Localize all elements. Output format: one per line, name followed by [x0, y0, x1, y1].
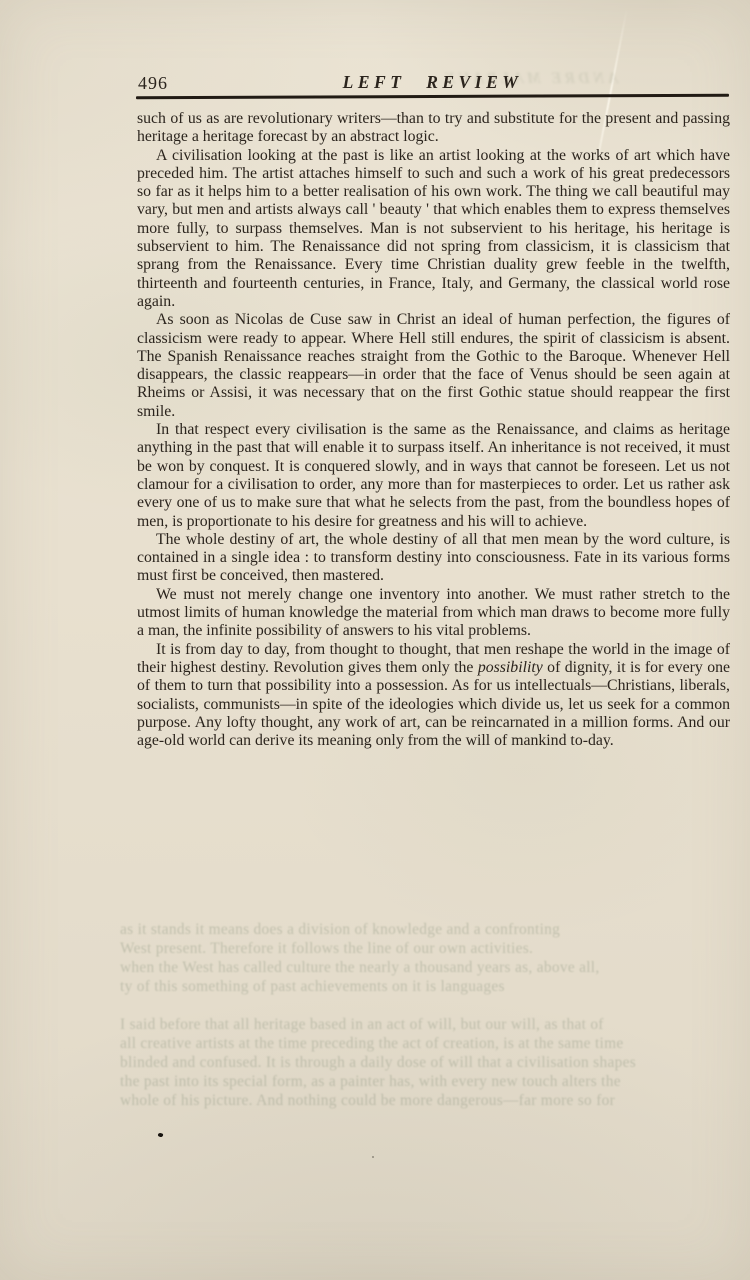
text-run: such of us as are revolutionary writers—…	[137, 110, 730, 145]
page-header: 496 LEFT REVIEW	[136, 68, 729, 94]
text-run: In that respect every civilisation is th…	[137, 421, 730, 529]
text-run: A civilisation looking at the past is li…	[137, 147, 730, 310]
bleedthrough-line: ty of this something of past achievement…	[120, 977, 732, 996]
bleedthrough-line: all creative artists at the time precedi…	[120, 1034, 732, 1053]
paragraph: We must not merely change one inventory …	[137, 586, 730, 641]
paragraph: The whole destiny of art, the whole dest…	[137, 531, 730, 586]
bleedthrough-line: as it stands it means does a division of…	[120, 920, 732, 939]
page-scan: ANDRE MALRAUX 496 LEFT REVIEW such of us…	[0, 0, 750, 1280]
paragraph: such of us as are revolutionary writers—…	[137, 110, 730, 147]
bleedthrough-line: blinded and confused. It is through a da…	[120, 1053, 732, 1072]
header-rule	[136, 94, 729, 100]
italic-run: possibility	[478, 659, 543, 676]
page-body: such of us as are revolutionary writers—…	[137, 110, 730, 750]
paragraph: In that respect every civilisation is th…	[137, 421, 730, 531]
bleedthrough-line: whole of his picture. And nothing could …	[120, 1091, 732, 1110]
bleedthrough-line: when the West has called culture the nea…	[120, 958, 732, 977]
text-run: We must not merely change one inventory …	[137, 586, 730, 640]
journal-title: LEFT REVIEW	[136, 72, 729, 93]
bleedthrough-line	[120, 996, 732, 1015]
paragraph: It is from day to day, from thought to t…	[137, 641, 730, 751]
bleedthrough-block: as it stands it means does a division of…	[120, 920, 732, 1110]
paragraph: A civilisation looking at the past is li…	[137, 147, 730, 312]
ink-speck-small	[372, 1156, 374, 1158]
paragraph: As soon as Nicolas de Cuse saw in Christ…	[137, 311, 730, 421]
bleedthrough-line: West present. Therefore it follows the l…	[120, 939, 732, 958]
bleedthrough-line: I said before that all heritage based in…	[120, 1015, 732, 1034]
ink-speck	[157, 1132, 163, 1138]
text-run: The whole destiny of art, the whole dest…	[137, 531, 730, 585]
bleedthrough-line: the past into its special form, as a pai…	[120, 1072, 732, 1091]
text-run: As soon as Nicolas de Cuse saw in Christ…	[137, 311, 730, 419]
